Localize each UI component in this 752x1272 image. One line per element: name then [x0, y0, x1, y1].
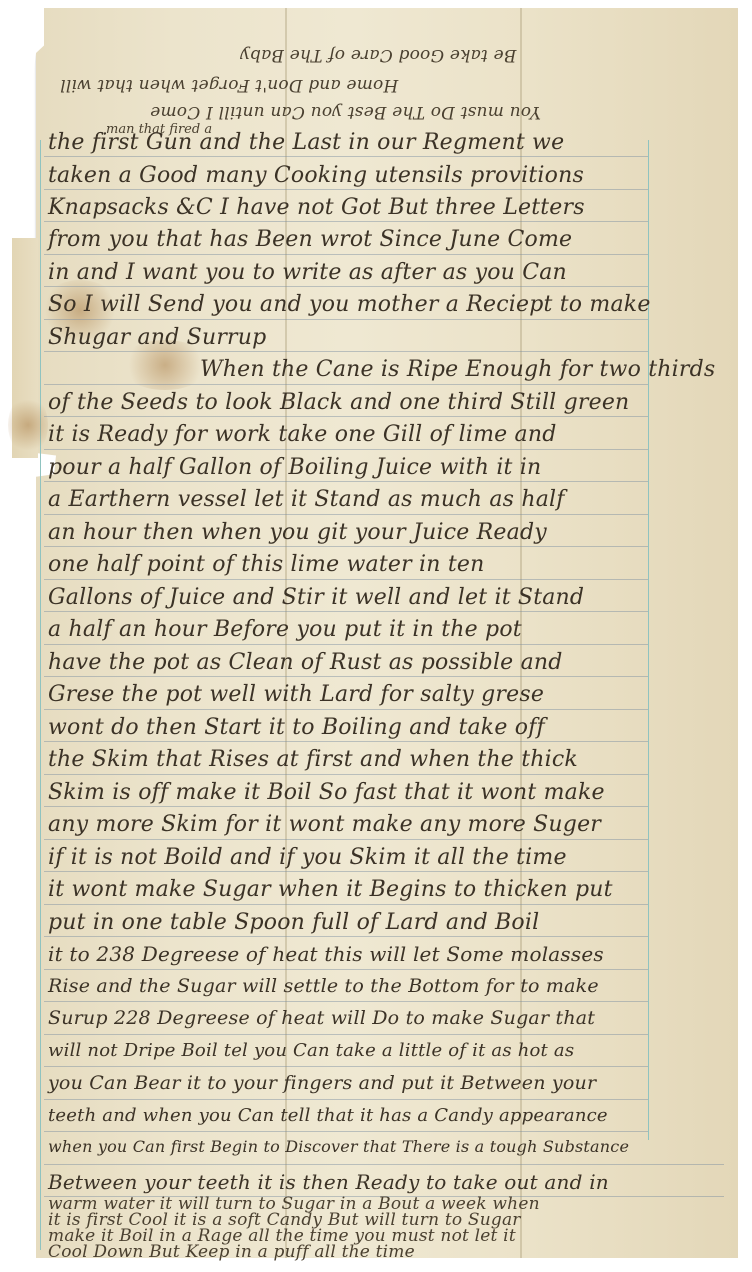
ruled-line — [44, 741, 648, 742]
ruled-line — [44, 806, 648, 807]
ruled-line — [44, 1034, 648, 1035]
ruled-line — [44, 254, 648, 255]
text-line: if it is not Boild and if you Skim it al… — [48, 845, 567, 870]
text-line: Rise and the Sugar will settle to the Bo… — [48, 975, 599, 997]
text-line: it wont make Sugar when it Begins to thi… — [48, 877, 613, 902]
ruled-line — [44, 319, 648, 320]
text-line: a half an hour Before you put it in the … — [48, 617, 522, 642]
ruled-line — [44, 904, 648, 905]
text-line: When the Cane is Ripe Enough for two thi… — [200, 357, 715, 382]
text-line: will not Dripe Boil tel you Can take a l… — [48, 1040, 574, 1061]
text-line: Surup 228 Degreese of heat will Do to ma… — [48, 1007, 595, 1029]
text-line: an hour then when you git your Juice Rea… — [48, 520, 547, 545]
ruled-line — [44, 709, 648, 710]
ruled-line — [44, 546, 648, 547]
ruled-line — [44, 481, 648, 482]
text-line: Between your teeth it is then Ready to t… — [48, 1170, 609, 1194]
ruled-line — [44, 774, 648, 775]
text-line: one half point of this lime water in ten — [48, 552, 484, 577]
text-line: teeth and when you Can tell that it has … — [48, 1105, 608, 1126]
ruled-line — [44, 384, 648, 385]
ruled-line — [44, 449, 648, 450]
ruled-line — [44, 839, 648, 840]
upside-down-line: You must Do The Best you Can untill I Co… — [150, 102, 541, 122]
text-line: of the Seeds to look Black and one third… — [48, 390, 629, 415]
footer-line: Cool Down But Keep in a puff all the tim… — [48, 1242, 415, 1262]
ruled-line — [44, 286, 648, 287]
text-line: it to 238 Degreese of heat this will let… — [48, 942, 604, 966]
ruled-line — [44, 156, 648, 157]
ruled-line — [44, 579, 648, 580]
text-line: put in one table Spoon full of Lard and … — [48, 910, 539, 935]
text-line: So I will Send you and you mother a Reci… — [48, 292, 651, 317]
text-line: Skim is off make it Boil So fast that it… — [48, 780, 605, 805]
ruled-line — [44, 936, 648, 937]
text-line: have the pot as Clean of Rust as possibl… — [48, 650, 563, 675]
text-line: Grese the pot well with Lard for salty g… — [48, 682, 544, 707]
ruled-line — [44, 351, 648, 352]
upside-down-line: Be take Good Care of The Baby — [240, 45, 516, 65]
text-line: taken a Good many Cooking utensils provi… — [48, 163, 584, 188]
ruled-line — [44, 1164, 724, 1165]
ruled-line — [44, 871, 648, 872]
right-margin-line — [648, 140, 649, 1140]
ruled-line — [44, 644, 648, 645]
water-stain — [8, 395, 48, 455]
text-line: in and I want you to write as after as y… — [48, 260, 567, 285]
ruled-line — [44, 1099, 648, 1100]
ruled-line — [44, 189, 648, 190]
ruled-line — [44, 611, 648, 612]
text-line: it is Ready for work take one Gill of li… — [48, 422, 557, 447]
ruled-line — [44, 969, 648, 970]
text-line: Gallons of Juice and Stir it well and le… — [48, 585, 584, 610]
text-line: wont do then Start it to Boiling and tak… — [48, 715, 545, 740]
text-line: from you that has Been wrot Since June C… — [48, 227, 572, 252]
text-line: the first Gun and the Last in our Regmen… — [48, 130, 564, 155]
ruled-line — [44, 416, 648, 417]
text-line: the Skim that Rises at first and when th… — [48, 747, 578, 772]
text-line: any more Skim for it wont make any more … — [48, 812, 601, 837]
ruled-line — [44, 1001, 648, 1002]
text-line: when you Can first Begin to Discover tha… — [48, 1137, 629, 1156]
text-line: you Can Bear it to your fingers and put … — [48, 1072, 596, 1094]
upside-down-line: Home and Don't Forget when that will — [60, 75, 398, 95]
text-line: pour a half Gallon of Boiling Juice with… — [48, 455, 541, 480]
ruled-line — [44, 514, 648, 515]
text-line: Knapsacks &C I have not Got But three Le… — [48, 195, 585, 220]
ruled-line — [44, 1066, 648, 1067]
text-line: Shugar and Surrup — [48, 325, 266, 350]
ruled-line — [44, 676, 648, 677]
ruled-line — [44, 1131, 648, 1132]
ruled-line — [44, 221, 648, 222]
text-line: a Earthern vessel let it Stand as much a… — [48, 487, 565, 512]
